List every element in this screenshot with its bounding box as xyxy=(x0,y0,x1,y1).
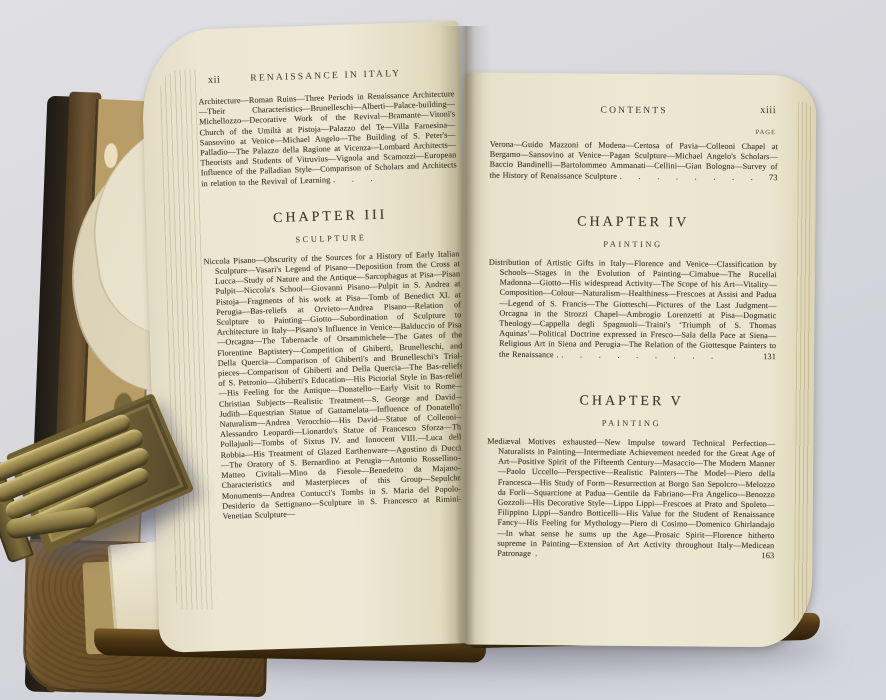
dot-leaders: . xyxy=(531,549,537,558)
chapter-4-summary-text: Distribution of Artistic Gifts in Italy—… xyxy=(489,258,777,359)
right-running-head-row: CONTENTS xiii xyxy=(490,105,778,122)
photo-background: xii RENAISSANCE IN ITALY Architecture—Ro… xyxy=(0,0,886,700)
brass-plaque xyxy=(6,393,195,553)
page-column-label: PAGE xyxy=(490,127,776,136)
right-fore-edge-lines xyxy=(794,101,813,621)
chapter-5-subtitle: PAINTING xyxy=(487,417,775,430)
chapter-4-subtitle: PAINTING xyxy=(489,238,777,251)
sculpture-continuation-entry: Verona—Guido Mazzoni of Modena—Certosa o… xyxy=(490,140,778,183)
dot-leaders: . . . . . . . . . xyxy=(559,350,714,360)
architecture-continuation-text: Architecture—Roman Ruins—Three Periods i… xyxy=(198,89,456,188)
spacer xyxy=(489,181,777,208)
page-number-131: 131 xyxy=(763,352,776,362)
right-folio: xiii xyxy=(760,105,776,116)
right-page-content: CONTENTS xiii PAGE Verona—Guido Mazzoni … xyxy=(460,72,778,561)
chapter-4-heading: CHAPTER IV xyxy=(489,214,777,233)
page-number-163: 163 xyxy=(761,551,774,561)
chapter-5-summary-text: Mediæval Motives exhausted—New Impulse t… xyxy=(487,437,775,559)
right-running-head: CONTENTS xyxy=(490,105,778,118)
chapter-3-summary-text: Niccola Pisano—Obscurity of the Sources … xyxy=(203,249,467,521)
dot-leaders: . . . xyxy=(330,174,373,184)
brass-hand-clip xyxy=(6,386,201,566)
dot-leaders: . . . . . . . . xyxy=(617,171,753,181)
chapter-3-subtitle: SCULPTURE xyxy=(203,229,459,247)
left-running-head: RENAISSANCE IN ITALY xyxy=(198,67,454,85)
right-page: CONTENTS xiii PAGE Verona—Guido Mazzoni … xyxy=(460,72,817,647)
page-number-73: 73 xyxy=(769,173,778,183)
spacer xyxy=(488,360,776,387)
chapter-4-summary-entry: Distribution of Artistic Gifts in Italy—… xyxy=(488,258,777,363)
architecture-continuation-entry: Architecture—Roman Ruins—Three Periods i… xyxy=(198,89,457,189)
chapter-3-summary-entry: Niccola Pisano—Obscurity of the Sources … xyxy=(203,249,467,522)
chapter-5-heading: CHAPTER V xyxy=(488,393,776,412)
left-running-head-row: xii RENAISSANCE IN ITALY xyxy=(198,67,454,89)
chapter-5-summary-entry: Mediæval Motives exhausted—New Impulse t… xyxy=(486,437,775,562)
